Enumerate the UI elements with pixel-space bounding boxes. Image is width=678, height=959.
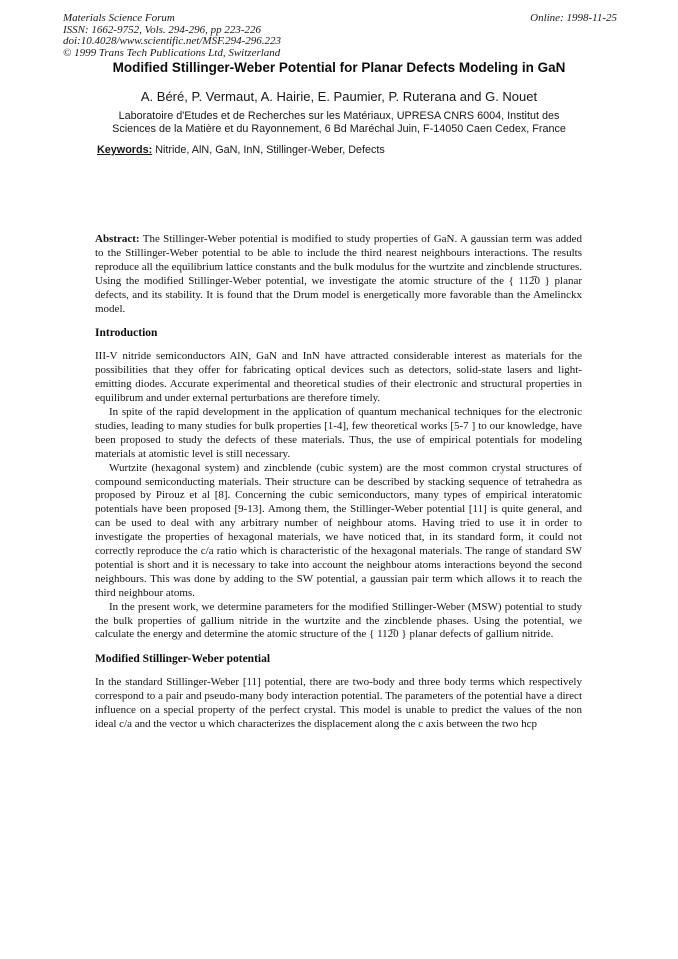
intro-paragraph-1: III-V nitride semiconductors AlN, GaN an… <box>95 350 582 406</box>
abstract-text: The Stillinger-Weber potential is modifi… <box>95 233 582 315</box>
keywords-label: Keywords: <box>97 144 152 156</box>
section-heading-msw-potential: Modified Stillinger-Weber potential <box>95 653 582 667</box>
affiliation-line-1: Laboratoire d'Etudes et de Recherches su… <box>60 110 618 123</box>
keywords-line: Keywords: Nitride, AlN, GaN, InN, Stilli… <box>97 144 597 156</box>
abstract-label: Abstract: <box>95 233 140 245</box>
affiliation-line-2: Sciences de la Matière et du Rayonnement… <box>60 123 618 136</box>
keywords-list: Nitride, AlN, GaN, InN, Stillinger-Weber… <box>155 144 385 156</box>
copyright-line: © 1999 Trans Tech Publications Ltd, Swit… <box>63 48 281 60</box>
paper-page: Materials Science Forum ISSN: 1662-9752,… <box>0 0 678 959</box>
paper-title: Modified Stillinger-Weber Potential for … <box>60 60 618 75</box>
online-date: Online: 1998-11-25 <box>530 13 617 25</box>
affiliation: Laboratoire d'Etudes et de Recherches su… <box>60 110 618 136</box>
msw-paragraph-1: In the standard Stillinger-Weber [11] po… <box>95 676 582 732</box>
authors-line: A. Béré, P. Vermaut, A. Hairie, E. Paumi… <box>60 89 618 104</box>
section-heading-introduction: Introduction <box>95 327 582 341</box>
abstract-paragraph: Abstract: The Stillinger-Weber potential… <box>95 233 582 316</box>
journal-header: Materials Science Forum ISSN: 1662-9752,… <box>63 13 617 59</box>
intro-paragraph-3: Wurtzite (hexagonal system) and zincblen… <box>95 462 582 601</box>
journal-name: Materials Science Forum <box>63 13 281 25</box>
journal-header-left: Materials Science Forum ISSN: 1662-9752,… <box>63 13 281 59</box>
body-column: Abstract: The Stillinger-Weber potential… <box>95 233 582 732</box>
intro-paragraph-2: In spite of the rapid development in the… <box>95 406 582 462</box>
intro-paragraph-4: In the present work, we determine parame… <box>95 601 582 643</box>
